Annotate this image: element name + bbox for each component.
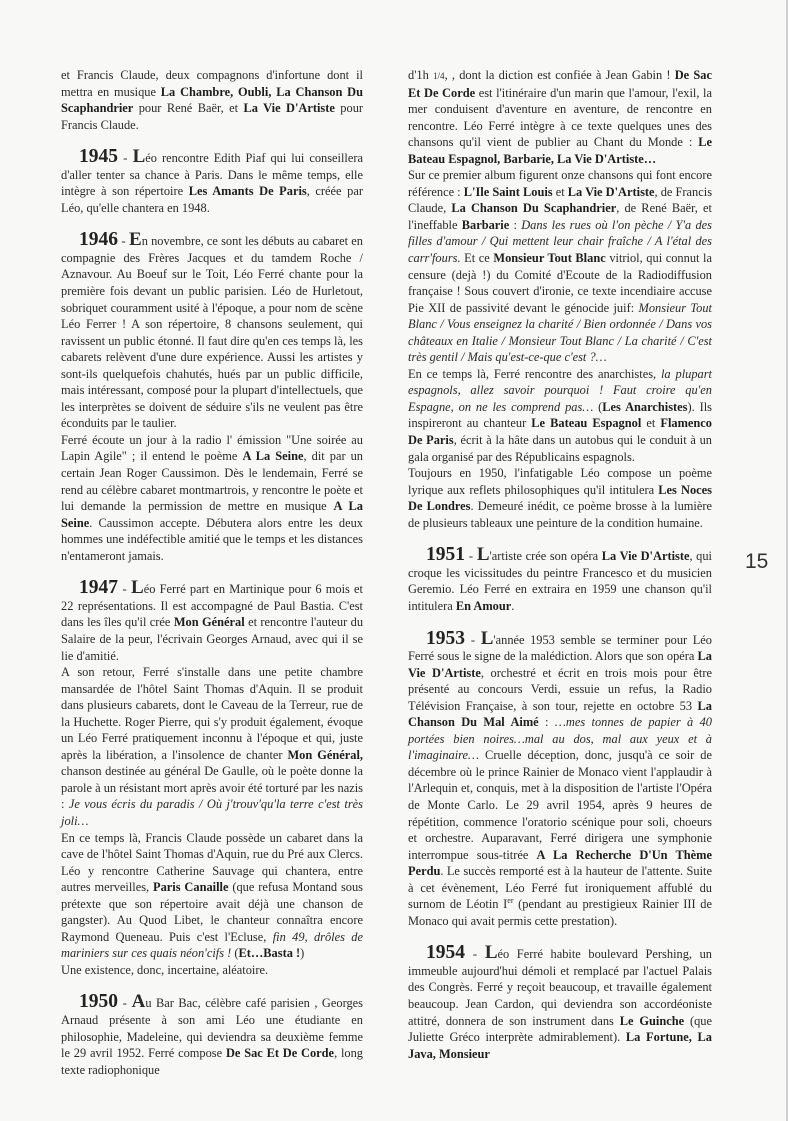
entry-1947: 1947 - Léo Ferré part en Martinique pour… — [61, 580, 363, 664]
song-title: La Vie D'Artiste — [244, 101, 335, 115]
song-title: En Amour — [456, 599, 511, 613]
page-number: 15 — [745, 550, 768, 574]
song-title: Les Amants De Paris — [189, 184, 307, 198]
song-title: La Chanson Du Scaphandrier — [451, 201, 616, 215]
entry-1950: 1950 - Au Bar Bac, célèbre café parisien… — [61, 994, 363, 1078]
entry-1951: 1951 - L'artiste crée son opéra La Vie D… — [408, 547, 712, 614]
song-title: Les Anarchistes — [602, 400, 687, 414]
paragraph: Sur ce premier album figurent onze chans… — [408, 167, 712, 366]
year-heading: 1945 — [79, 146, 118, 167]
song-title: Le Bateau Espagnol — [531, 416, 641, 430]
left-column: et Francis Claude, deux compagnons d'inf… — [61, 67, 363, 1078]
paragraph: En ce temps là, Ferré rencontre des anar… — [408, 366, 712, 465]
song-title: L'Ile Saint Louis — [464, 185, 553, 199]
paragraph-intro: et Francis Claude, deux compagnons d'inf… — [61, 67, 363, 133]
right-column: d'1h 1/4, , dont la diction est confiée … — [408, 67, 712, 1062]
drop-letter: L — [133, 146, 146, 167]
song-title: A La Seine — [242, 449, 303, 463]
song-title: Mon Général — [174, 615, 245, 629]
entry-1946: 1946 - En novembre, ce sont les débuts a… — [61, 232, 363, 432]
song-title: La Vie D'Artiste — [568, 185, 655, 199]
paragraph: Une existence, donc, incertaine, aléatoi… — [61, 962, 363, 979]
year-heading: 1953 — [426, 628, 465, 649]
paragraph: En ce temps là, Francis Claude possède u… — [61, 830, 363, 962]
song-title: Monsieur Tout Blanc — [493, 251, 605, 265]
song-title: Le Guinche — [620, 1014, 684, 1028]
paragraph: A son retour, Ferré s'installe dans une … — [61, 664, 363, 829]
year-heading: 1947 — [79, 577, 118, 598]
drop-letter: L — [131, 577, 144, 598]
song-title: Mon Général, — [287, 748, 363, 762]
song-title: Barbarie — [462, 218, 510, 232]
song-title: De Sac Et De Corde — [226, 1046, 334, 1060]
year-heading: 1954 — [426, 942, 465, 963]
year-heading: 1946 — [79, 229, 118, 250]
paragraph: Ferré écoute un jour à la radio l' émiss… — [61, 432, 363, 564]
drop-letter: E — [129, 229, 142, 250]
drop-letter: L — [485, 942, 498, 963]
song-title: Et…Basta ! — [239, 946, 301, 960]
entry-1945: 1945 - Léo rencontre Edith Piaf qui lui … — [61, 149, 363, 216]
song-title: La Vie D'Artiste — [602, 549, 690, 563]
drop-letter: A — [132, 991, 146, 1012]
lyrics-quote: Je vous écris du paradis / Où j'trouv'qu… — [61, 797, 363, 828]
entry-1954: 1954 - Léo Ferré habite boulevard Pershi… — [408, 945, 712, 1062]
paragraph-1950-continued: d'1h 1/4, , dont la diction est confiée … — [408, 67, 712, 167]
paragraph: Toujours en 1950, l'infatigable Léo comp… — [408, 465, 712, 531]
song-title: Paris Canaille — [153, 880, 228, 894]
year-heading: 1951 — [426, 544, 465, 565]
drop-letter: L — [477, 544, 490, 565]
year-heading: 1950 — [79, 991, 118, 1012]
drop-letter: L — [481, 628, 494, 649]
entry-1953: 1953 - L'année 1953 semble se terminer p… — [408, 631, 712, 930]
